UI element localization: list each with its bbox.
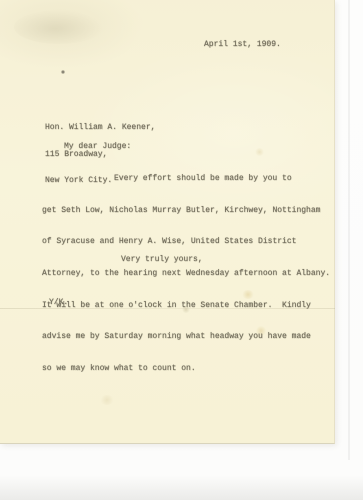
paper-stain (100, 395, 114, 405)
body-line: advise me by Saturday morning what headw… (42, 332, 342, 346)
paper-smudge (14, 10, 104, 44)
body-line: Attorney, to the hearing next Wednesday … (42, 269, 342, 283)
body-line: of Syracuse and Henry A. Wise, United St… (42, 237, 342, 251)
address-line: Hon. William A. Keener, (45, 123, 155, 132)
typist-initials: Y/K. (49, 298, 68, 307)
ink-speck (61, 70, 65, 74)
letter-date: April 1st, 1909. (204, 40, 281, 49)
letter-paper: April 1st, 1909. Hon. William A. Keener,… (0, 0, 335, 444)
salutation: My dear Judge: (64, 142, 131, 151)
scanned-letter: April 1st, 1909. Hon. William A. Keener,… (0, 0, 363, 500)
paper-stain (255, 148, 264, 156)
body-line: Every effort should be made by you to (42, 174, 342, 188)
body-line: get Seth Low, Nicholas Murray Butler, Ki… (42, 206, 342, 220)
body-line: so we may know what to count on. (42, 364, 342, 378)
closing: Very truly yours, (121, 255, 203, 264)
letter-body: Every effort should be made by you to ge… (42, 156, 342, 396)
body-line: It will be at one o'clock in the Senate … (42, 301, 342, 315)
